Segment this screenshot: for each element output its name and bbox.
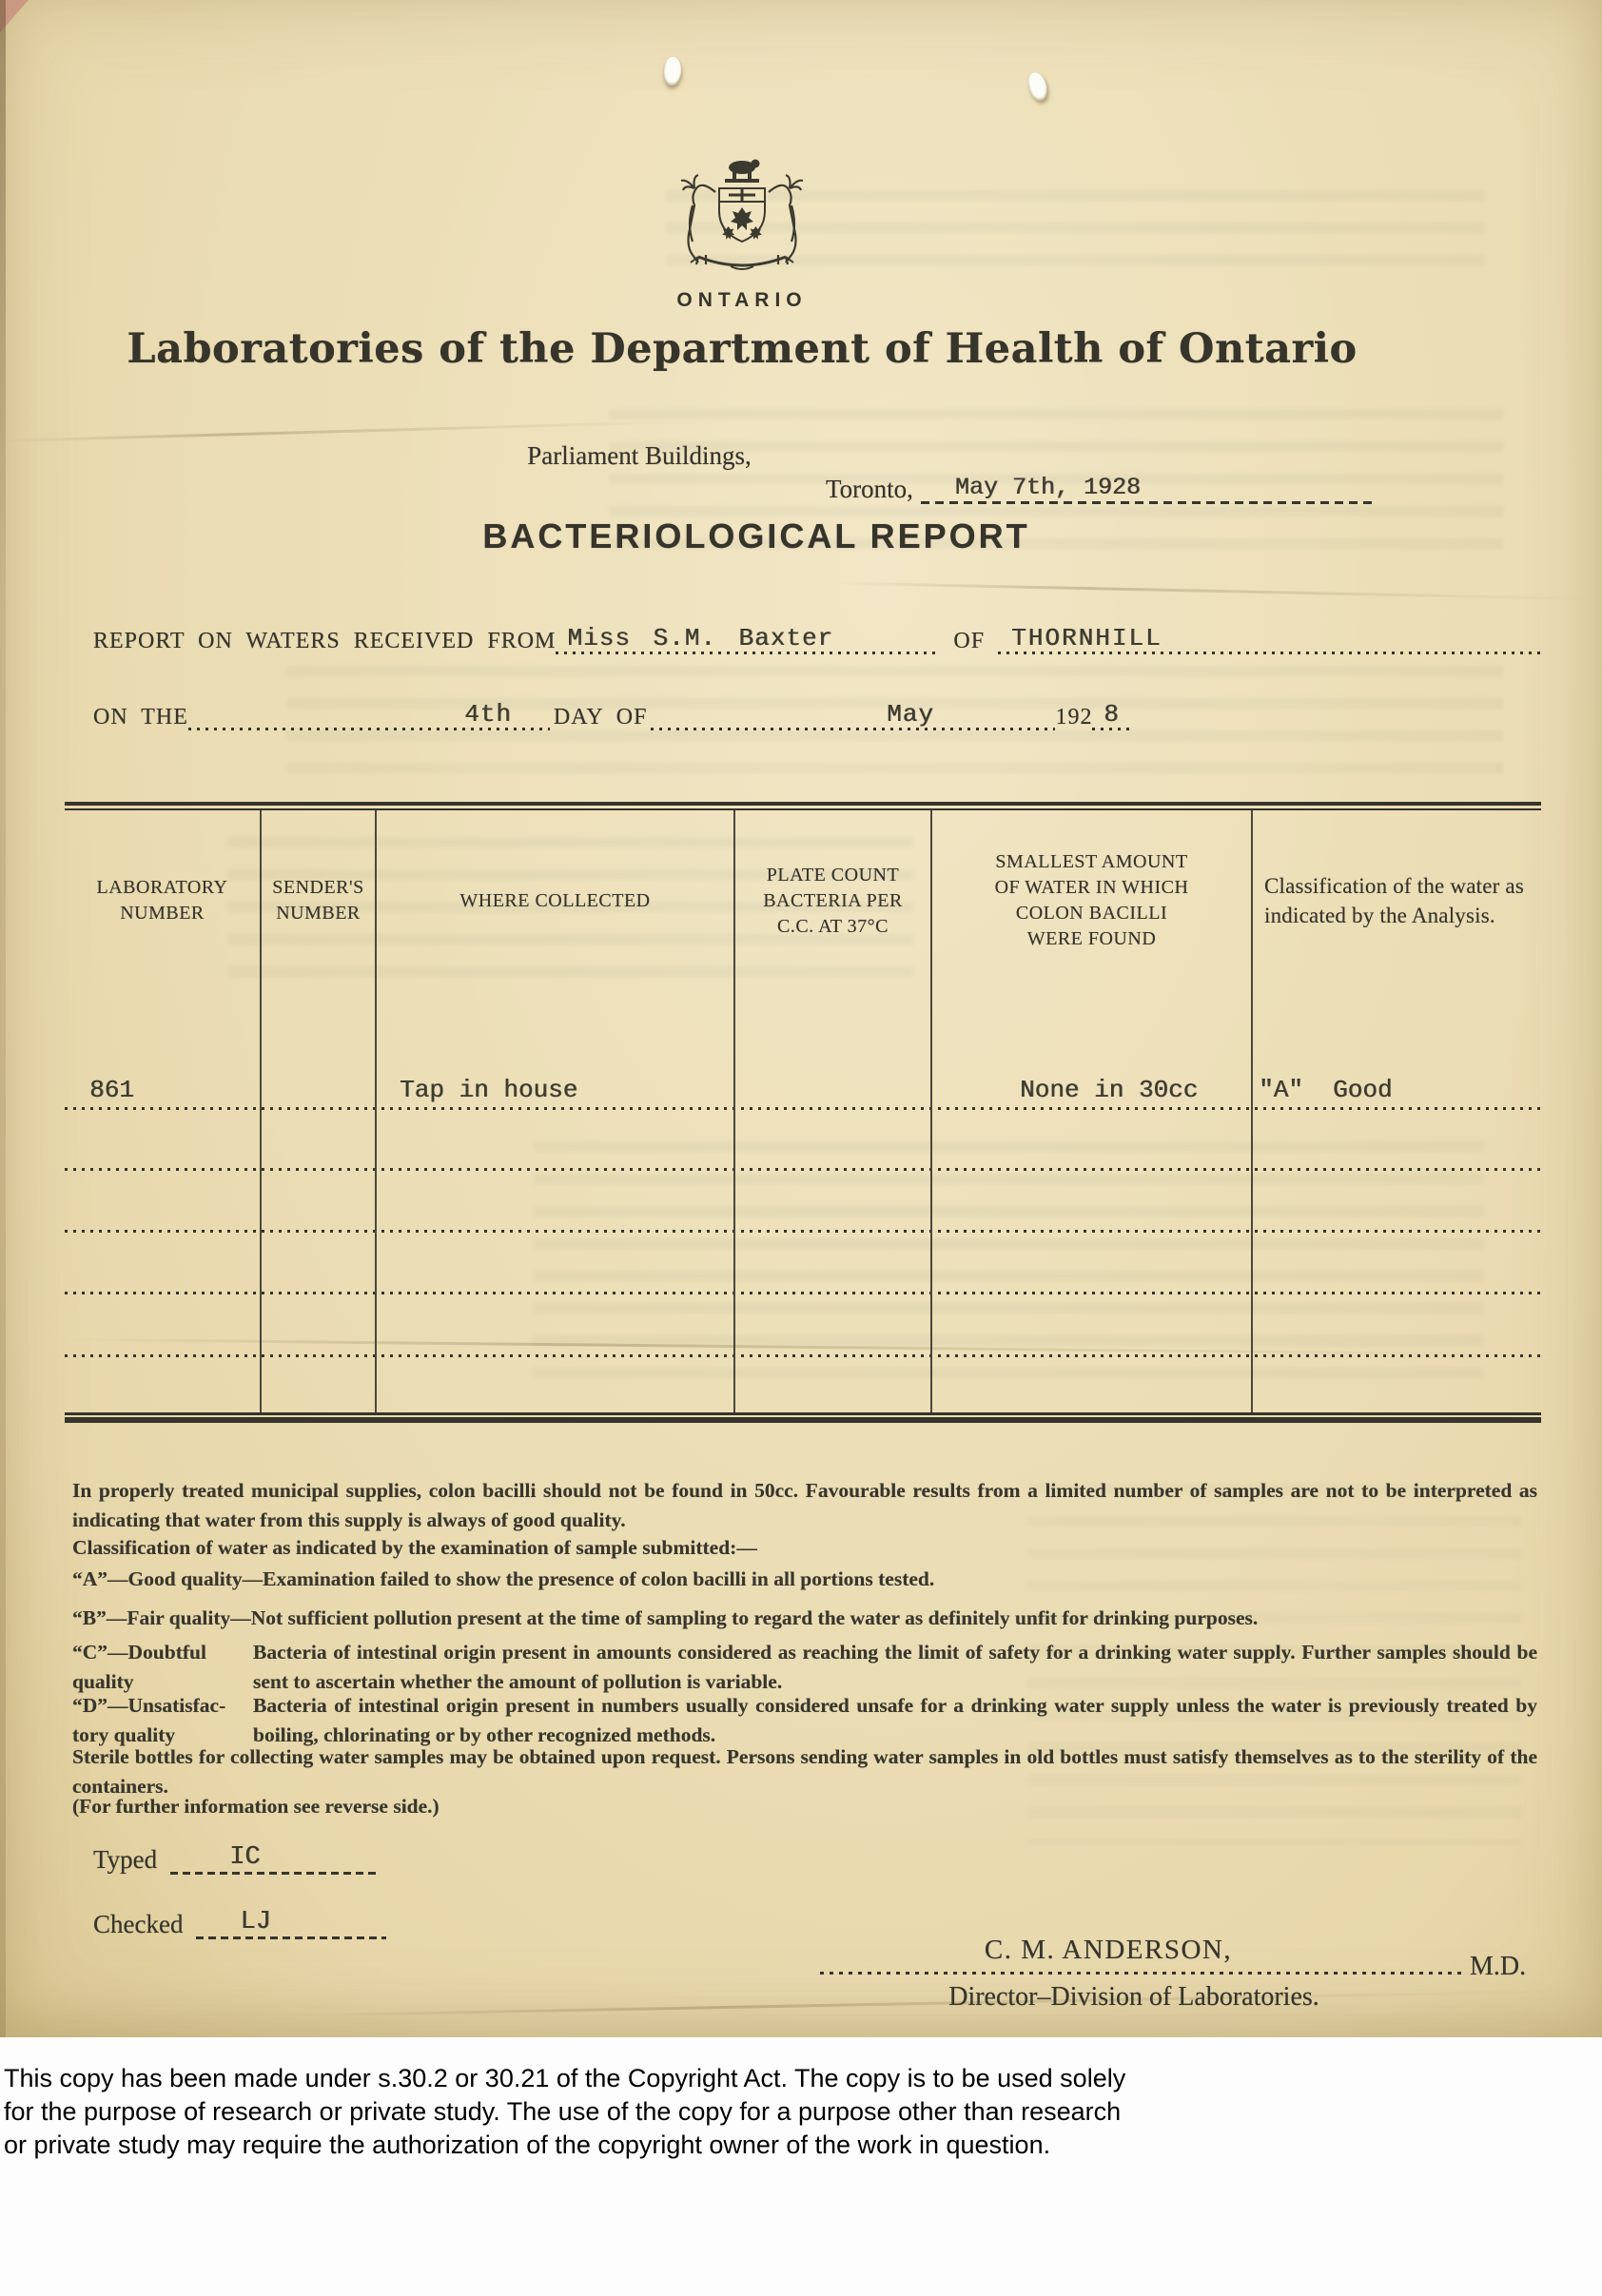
typed-day: 4th	[464, 700, 550, 730]
ontario-coat-of-arms	[666, 150, 818, 283]
classification-c: “C”—Doubtful quality Bacteria of intesti…	[72, 1638, 1537, 1696]
report-heading: BACTERIOLOGICAL REPORT	[482, 516, 1029, 556]
classification-c-label: “C”—Doubtful quality	[72, 1638, 253, 1696]
checked-initials: LJ	[196, 1908, 270, 1939]
moose-supporter-icon	[681, 175, 715, 264]
typed-sender-name: Miss S.M. Baxter	[556, 624, 833, 654]
copyright-line: or private study may require the authori…	[4, 2129, 1125, 2162]
received-from-line: REPORT ON WATERS RECEIVED FROM Miss S.M.…	[93, 624, 1541, 654]
typed-year-digit: 8	[1104, 700, 1120, 730]
typed-label: Typed	[93, 1845, 157, 1875]
crest-caption: ONTARIO	[666, 289, 818, 312]
deer-supporter-icon	[769, 175, 803, 264]
note-classification-intro: Classification of water as indicated by …	[72, 1533, 1537, 1563]
table-row	[65, 1233, 1541, 1294]
paper-left-edge	[0, 0, 6, 2037]
from-field: Miss S.M. Baxter	[556, 624, 936, 654]
page-title: Laboratories of the Department of Health…	[127, 325, 1357, 373]
col-header-plate-count: PLATE COUNT BACTERIA PER C.C. AT 37°C	[735, 810, 932, 991]
place-field: THORNHILL	[998, 624, 1541, 654]
cell-where-collected: Tap in house	[400, 1076, 577, 1104]
col-header-laboratory-number: LABORATORY NUMBER	[65, 810, 262, 991]
day-field: 4th	[188, 700, 550, 730]
address-line: Parliament Buildings,	[527, 441, 752, 471]
toronto-label: Toronto,	[826, 475, 913, 504]
copyright-line: for the purpose of research or private s…	[4, 2095, 1125, 2129]
signature-title: Director–Division of Laboratories.	[948, 1982, 1319, 2013]
table-row: 861 Tap in house None in 30cc "A" Good	[65, 991, 1541, 1110]
cell-laboratory-number: 861	[89, 1076, 134, 1104]
classification-d-label: “D”—Unsatisfac- tory quality	[72, 1691, 253, 1749]
cell-smallest-amount: None in 30cc	[1020, 1076, 1198, 1104]
paper-tear	[1026, 70, 1049, 102]
paper-crease	[837, 582, 1598, 601]
col-header-smallest-amount: SMALLEST AMOUNT OF WATER IN WHICH COLON …	[932, 810, 1253, 991]
table-row	[65, 1294, 1541, 1357]
signature-line	[820, 1971, 1463, 1975]
month-field: May	[651, 700, 1055, 730]
col-header-classification: Classification of the water as indicated…	[1253, 810, 1541, 991]
received-from-label: REPORT ON WATERS RECEIVED FROM	[93, 629, 556, 654]
checked-row: Checked LJ	[93, 1908, 386, 1939]
table-bottom-rule	[65, 1412, 1541, 1423]
checked-field: LJ	[196, 1908, 386, 1939]
typed-field: IC	[170, 1843, 378, 1875]
typed-row: Typed IC	[93, 1843, 378, 1875]
typed-date: May 7th, 1928	[921, 474, 1141, 504]
typed-initials: IC	[170, 1843, 260, 1875]
classification-c-text: Bacteria of intestinal origin present in…	[253, 1638, 1537, 1696]
ontario-crest-block: ONTARIO	[666, 150, 818, 312]
year-prefix: 192	[1055, 705, 1092, 730]
note-municipal-supplies: In properly treated municipal supplies, …	[72, 1476, 1537, 1534]
copyright-line: This copy has been made under s.30.2 or …	[4, 2062, 1125, 2095]
scanned-report-page: ONTARIO Laboratories of the Department o…	[0, 0, 1602, 2296]
results-table: LABORATORY NUMBER SENDER'S NUMBER WHERE …	[65, 802, 1541, 1423]
copyright-text: This copy has been made under s.30.2 or …	[4, 2062, 1125, 2162]
col-header-where-collected: WHERE COLLECTED	[377, 810, 735, 991]
signature-name: C. M. ANDERSON,	[985, 1935, 1232, 1966]
typed-month: May	[772, 700, 934, 730]
paper-crease	[285, 1990, 1560, 2017]
date-field: May 7th, 1928	[921, 474, 1376, 504]
bear-crest-icon	[729, 160, 760, 180]
paper-crease	[0, 420, 685, 442]
signature-degree: M.D.	[1470, 1952, 1526, 1982]
of-label: OF	[936, 629, 998, 654]
table-header-row: LABORATORY NUMBER SENDER'S NUMBER WHERE …	[65, 810, 1541, 991]
sample-date-line: ON THE 4th DAY OF May 192 8	[93, 700, 1178, 730]
col-header-senders-number: SENDER'S NUMBER	[262, 810, 377, 991]
classification-b: “B”—Fair quality—Not sufficient pollutio…	[72, 1604, 1537, 1633]
table-row	[65, 1171, 1541, 1233]
classification-d: “D”—Unsatisfac- tory quality Bacteria of…	[72, 1691, 1537, 1749]
day-of-label: DAY OF	[550, 705, 652, 730]
year-field: 8	[1092, 700, 1130, 730]
copyright-strip: This copy has been made under s.30.2 or …	[0, 2037, 1602, 2296]
cell-classification: "A" Good	[1259, 1076, 1392, 1104]
table-row	[65, 1110, 1541, 1171]
checked-label: Checked	[93, 1910, 183, 1939]
table-filler-row	[65, 1357, 1541, 1412]
classification-a: “A”—Good quality—Examination failed to s…	[72, 1565, 1537, 1594]
note-reverse-side: (For further information see reverse sid…	[72, 1792, 1537, 1821]
date-line: Toronto, May 7th, 1928	[826, 474, 1376, 504]
paper-tear	[662, 56, 683, 87]
on-the-label: ON THE	[93, 705, 188, 730]
classification-d-text: Bacteria of intestinal origin present in…	[253, 1691, 1537, 1749]
typed-place: THORNHILL	[998, 624, 1162, 654]
table-top-rule	[65, 802, 1541, 810]
